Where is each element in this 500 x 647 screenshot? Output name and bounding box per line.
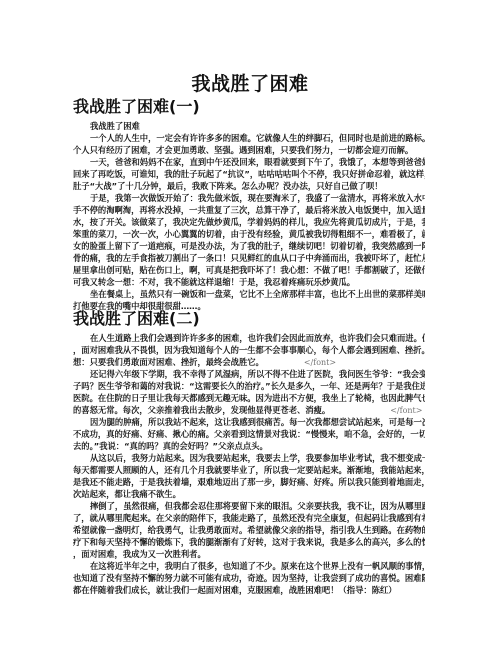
paragraph-line: 回来了再吃饭，可谁知，我的肚子玩起了“抗议”，咕咕咕咕叫个不停，我只好拼命忍着，…: [73, 169, 425, 180]
paragraph-line: 笨重的菜刀，一次一次，小心翼翼的切着，由于没有经验，黄瓜被我切得粗细不一，难看极…: [73, 229, 425, 240]
paragraph-line: 个人只有经历了困难，才会更加勇敢、坚强。遇到困难，只要我们努力，一切都会迎刃而解…: [73, 145, 425, 156]
section-1-subtitle: 我战胜了困难: [90, 121, 425, 132]
paragraph-text: 的喜怒无常。每次，父亲推着我出去散步，发现他显得更苍老、消瘦。: [73, 405, 330, 415]
paragraph-line: ，面对困难，我成为又一次胜利者。: [73, 549, 425, 560]
paragraph-line: 在这将近半年之中，我明白了很多，也知道了不少。原来在这个世界上没有一帆风顺的事情…: [90, 561, 425, 572]
paragraph-line: 子吗？医生爷爷和蔼的对我说：“这需要长久的治疗。”长久是多久，一年、还是两年？于…: [73, 381, 425, 392]
paragraph-line: 因为腿的肿痛，所以我站不起来，这让我感到很痛苦。每一次我都想尝试站起来，可是每一…: [90, 417, 425, 428]
paragraph-line: 骨的痛，我的左手食指被刀割出了一条口！只见鲜红的血从口子中奔涌而出，我被吓坏了，…: [73, 253, 425, 264]
paragraph-line: 一个人的人生中，一定会有许许多多的困难。它就像人生的绊脚石，但同时也是前进的路标…: [90, 133, 425, 144]
paragraph-line: 的喜怒无常。每次，父亲推着我出去散步，发现他显得更苍老、消瘦。</font>: [73, 405, 425, 416]
paragraph-line: 手不停的淘啊淘，再将水没掉，一共重复了三次，总算干净了，最后将米放入电饭煲中，加…: [73, 205, 425, 216]
paragraph-line: 从这以后，我努力站起来。因为我要站起来，我要去上学，我要参加毕业考试，我不想变成…: [90, 453, 425, 464]
paragraph-line: 次站起来，都让我痛不欲生。: [73, 489, 425, 500]
paragraph-line: 水，按了开关。该做菜了，我决定先做炒黄瓜，学着妈妈的样儿，我应先将黄瓜切成片，于…: [73, 217, 425, 228]
paragraph-line: 去的。”我说：“真的吗？真的会好吗？”父亲点点头。: [73, 441, 425, 452]
font-tag-text: </font>: [390, 406, 422, 415]
document-title: 我战胜了困难: [0, 72, 500, 96]
paragraph-line: 是我还不能走路，于是我扶着墙，艰难地迈出了那一步，脚好痛、好疼。所以我只能到着地…: [73, 477, 425, 488]
paragraph-line: 一天，爸爸和妈妈不在家，直到中午还没回来，眼看就要到下午了，我饿了，本想等到爸爸…: [90, 157, 425, 168]
paragraph-line: ，面对困难我从不畏惧，因为我知道每个人的一生都不会事事顺心，每个人都会遇到困难、…: [73, 345, 425, 356]
paragraph-line: 医院。在住院的日子里让我每天都感到无趣无味。因为进出不方便，我坐上了轮椅，也因此…: [73, 393, 425, 404]
section-heading-1: 我战胜了困难(一): [73, 97, 200, 117]
paragraph-line: 可我又转念一想：不对，我不能就这样退缩！于是，我忍着疼痛玩乐炒黄瓜。: [73, 277, 425, 288]
paragraph-line: 在人生道路上我们会遇到许许多多的困难，也许我们会因此而放弃，也许我们会只难而进。…: [90, 333, 425, 344]
paragraph-line: 也知道了没有坚持不懈的努力就不可能有成功，奇迹。因为坚持，让我尝到了成功的喜悦。…: [73, 573, 425, 584]
paragraph-line: 每天都需要人照顾的人，还有几个月我就要毕业了，所以我一定要站起来。渐渐地，我能站…: [73, 465, 425, 476]
paragraph-line: 肚子“大战”了十几分钟，最后，我败下阵来。怎么办呢？没办法，只好自己做了呗！: [73, 181, 425, 192]
paragraph-line: 了，就从哪里爬起来。在父亲的陪伴下，我能走路了，虽然还没有完全康复，但起码让我感…: [73, 513, 425, 524]
font-tag-text: </font>: [304, 358, 336, 367]
paragraph-line: 不成功，真的好痛、好痛、揪心的痛。父亲看到这情景对我说：“慢慢来，咱不急，会好的…: [73, 429, 425, 440]
paragraph-line: 摔倒了，虽然很痛，但我都会忍住那将要留下来的眼泪。父亲要扶我，我不让，因为从哪里…: [90, 501, 425, 512]
paragraph-line: 还记得六年级下学期，我不幸得了风湿病，所以不得不住进了医院，我问医生爷爷：“我会…: [90, 369, 425, 380]
paragraph-line: 想：只要我们勇敢面对困难、挫折，最终会战胜它。</font>: [73, 357, 425, 368]
paragraph-line: 疗下和每天坚持不懈的锻炼下，我的腿渐渐有了好转，这对于我来说，我是多么的高兴，多…: [73, 537, 425, 548]
section-heading-2: 我战胜了困难(二): [73, 309, 200, 329]
paragraph-line: 都在伴随着我们成长，就让我们一起面对困难，克服困难，战胜困难吧！（指导：陈红）: [73, 585, 425, 596]
paragraph-line: 屉里拿出创可贴，贴在伤口上，啊，可真是把我吓坏了！我心想：不做了吧！手都割破了，…: [73, 265, 425, 276]
paragraph-line: 女的脸蛋上留下了一道疤痕，可是没办法，为了我的肚子，继续切吧！切着切着，我突然感…: [73, 241, 425, 252]
paragraph-text: 想：只要我们勇敢面对困难、挫折，最终会战胜它。: [73, 357, 264, 367]
paragraph-line: 于是，我第一次做饭开始了：我先做米饭，现在要淘米了，我盛了一盆清水，再将米放入水…: [90, 193, 425, 204]
paragraph-line: 希望就像一盏明灯，给我勇气，让我勇敢面对。希望就像父亲的指导，指引我人生到路。在…: [73, 525, 425, 536]
document-page: 我战胜了困难 我战胜了困难(一) 我战胜了困难 一个人的人生中，一定会有许许多多…: [0, 0, 500, 647]
paragraph-line: 坐在餐桌上，虽然只有一碗饭和一盘菜，它比不上全席那样丰富，也比不上出世的菜那样美…: [90, 289, 425, 300]
